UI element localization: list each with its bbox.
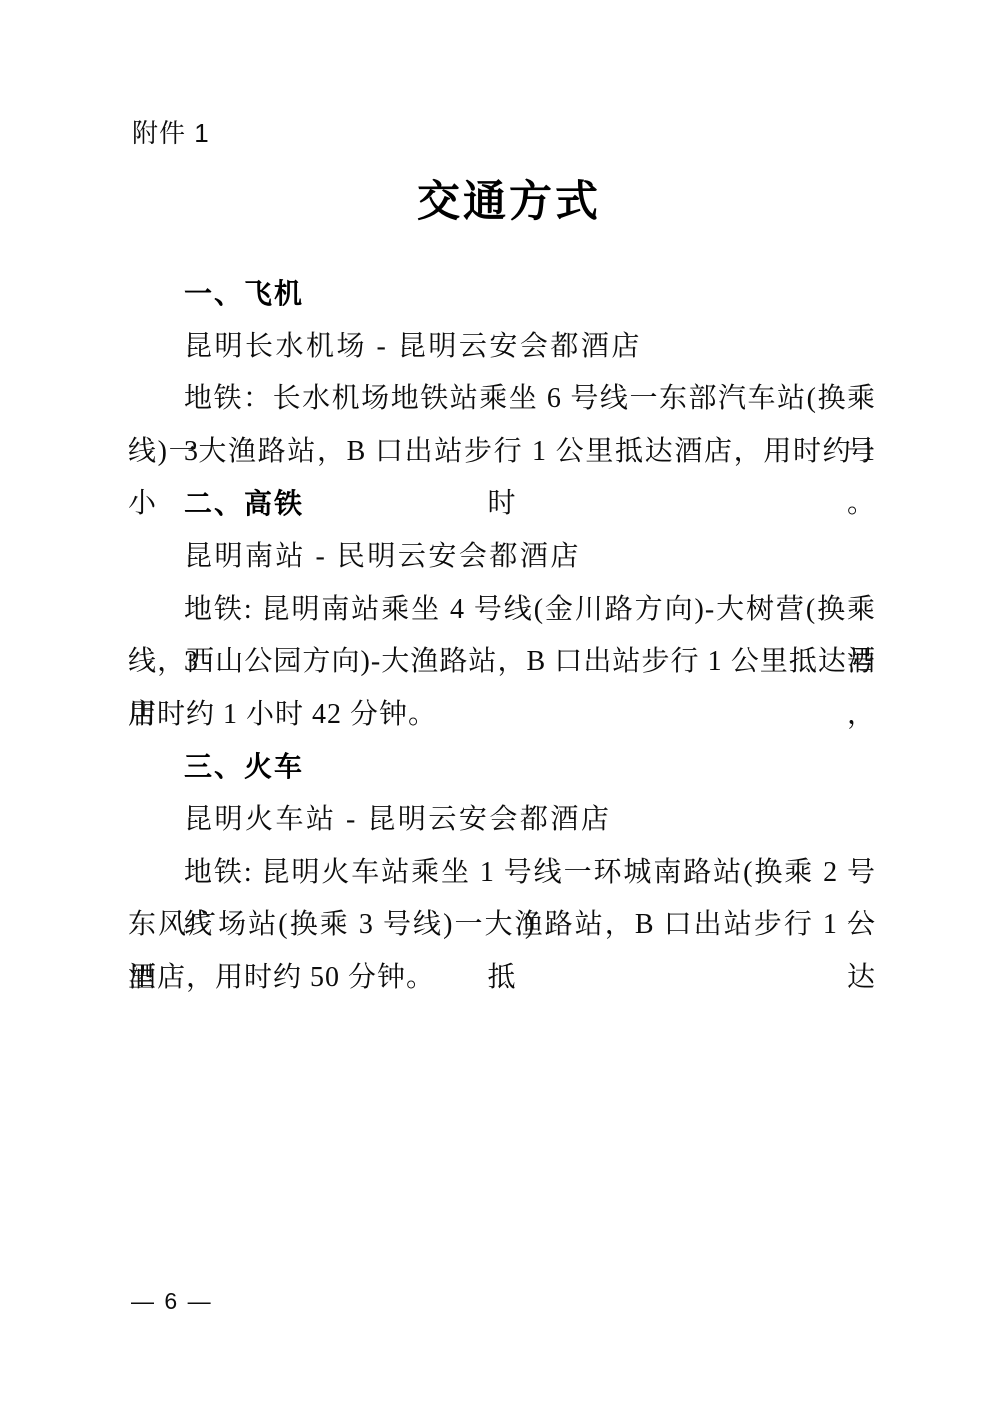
metro-paragraph-line: 线，西山公园方向)-大渔路站，B 口出站步行 1 公里抵达酒店， [128,636,876,689]
document-page: 附件 1 交通方式 一、飞机 昆明长水机场 - 昆明云安会都酒店 地铁：长水机场… [0,0,992,1403]
metro-paragraph-line: 地铁：长水机场地铁站乘坐 6 号线一东部汽车站(换乘 3 号 [128,373,876,426]
section-heading-train: 三、火车 [128,741,876,794]
route-line-plane: 昆明长水机场 - 昆明云安会都酒店 [128,321,876,374]
metro-paragraph-line: 东风广场站(换乘 3 号线)一大渔路站，B 口出站步行 1 公里抵达 [128,899,876,952]
document-title: 交通方式 [128,180,876,226]
section-heading-plane: 一、飞机 [128,268,876,321]
route-line-highspeed-rail: 昆明南站 - 民明云安会都酒店 [128,531,876,584]
route-line-train: 昆明火车站 - 昆明云安会都酒店 [128,794,876,847]
metro-paragraph-line: 线)一大渔路站，B 口出站步行 1 公里抵达酒店，用时约 1 小时。 [128,426,876,479]
document-body: 一、飞机 昆明长水机场 - 昆明云安会都酒店 地铁：长水机场地铁站乘坐 6 号线… [128,268,876,1004]
page-number: — 6 — [131,1287,213,1315]
attachment-label: 附件 1 [132,117,210,149]
metro-paragraph-line: 地铁: 昆明南站乘坐 4 号线(金川路方向)-大树营(换乘 3 号 [128,584,876,637]
metro-paragraph-line: 地铁: 昆明火车站乘坐 1 号线一环城南路站(换乘 2 号线)一 [128,847,876,900]
